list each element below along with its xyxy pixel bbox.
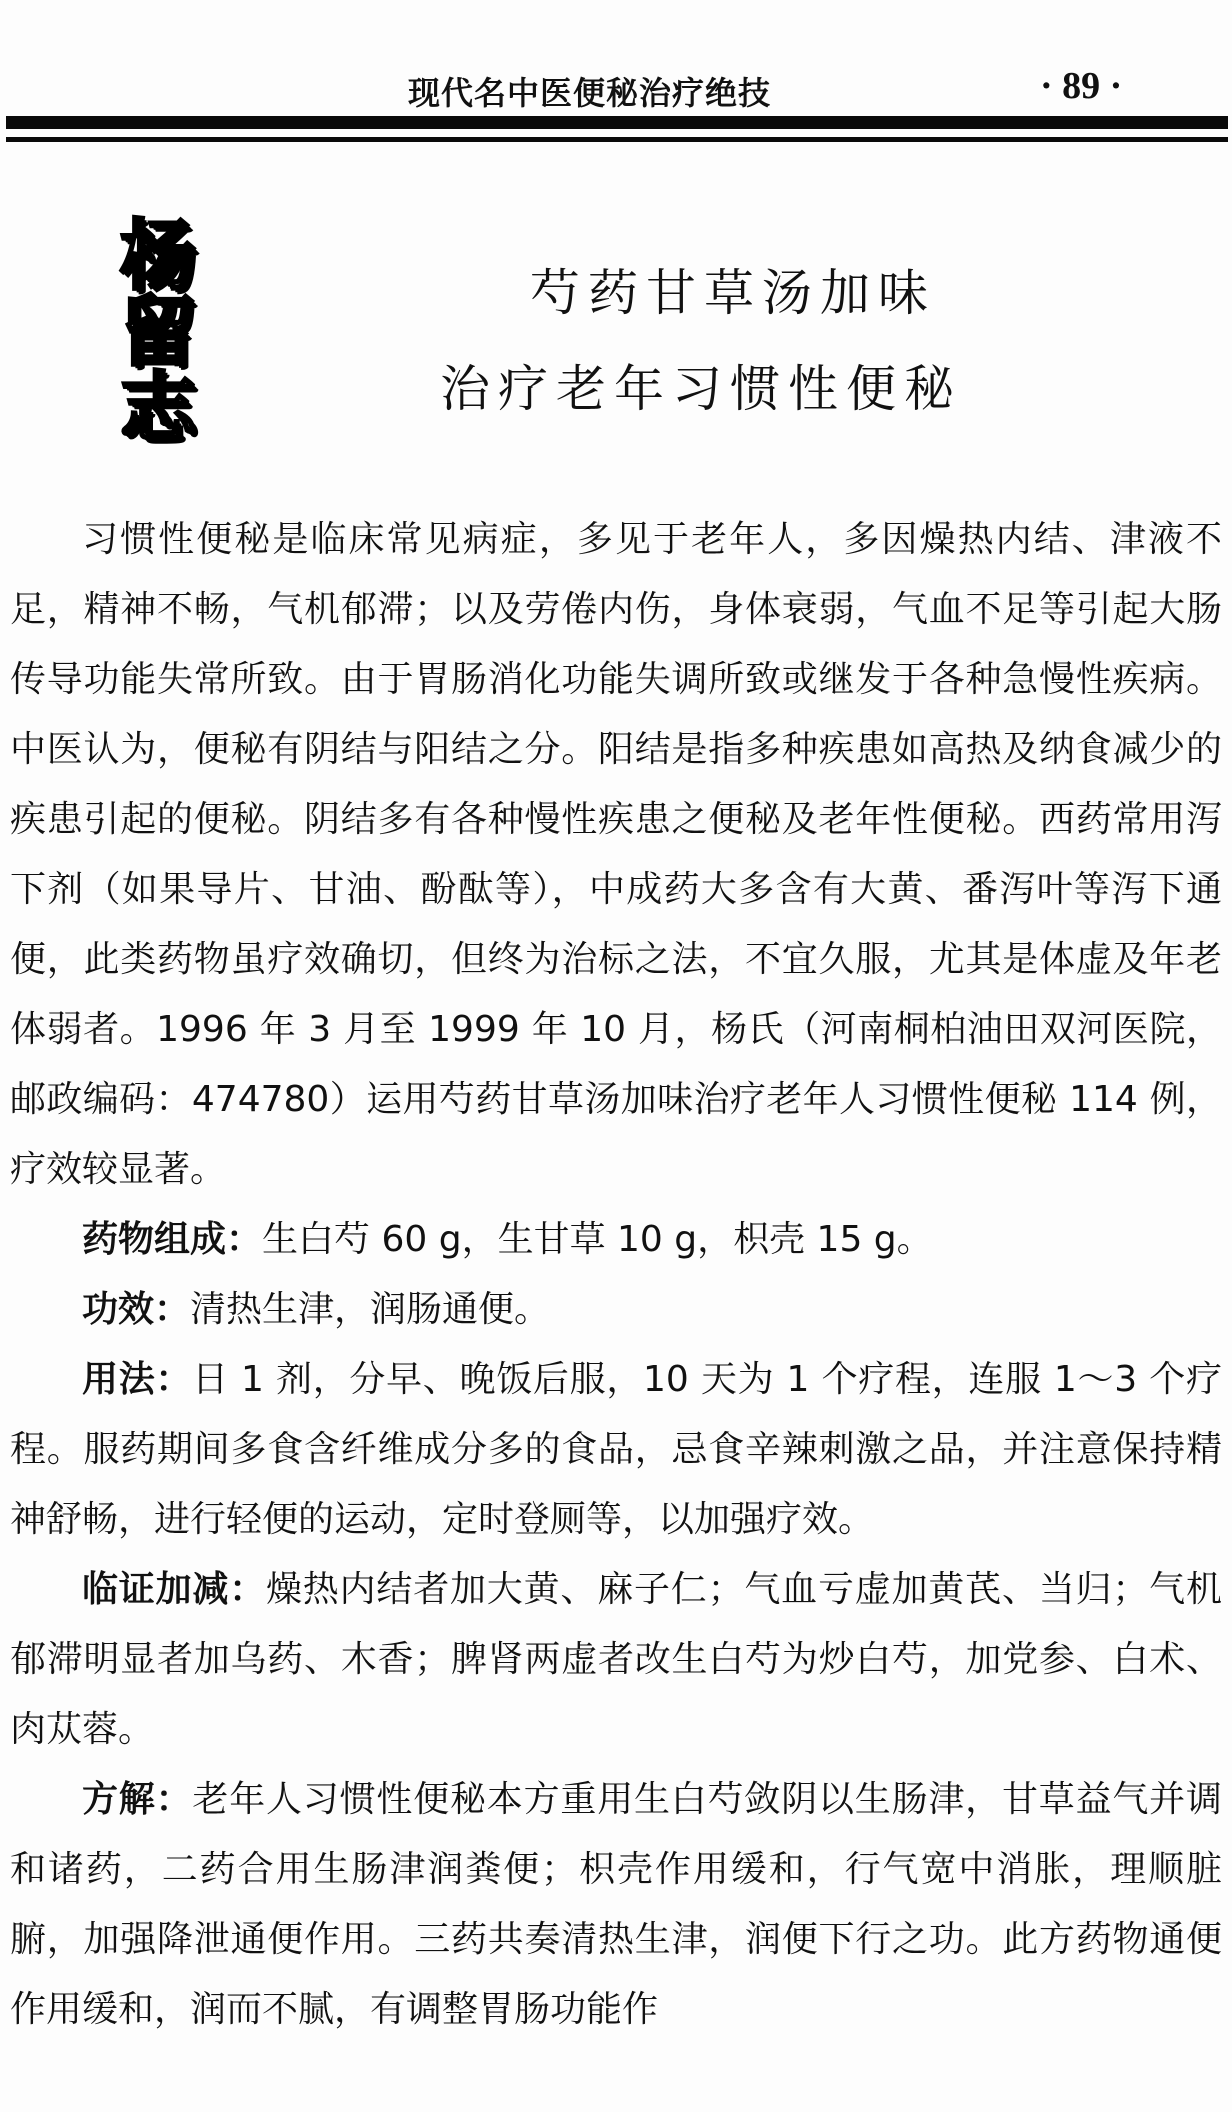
usage-label: 用法： <box>82 1359 192 1400</box>
explanation-paragraph: 方解：老年人习惯性便秘本方重用生白芍敛阴以生肠津，甘草益气并调和诸药，二药合用生… <box>10 1765 1222 2045</box>
explanation-label: 方解： <box>82 1779 192 1820</box>
article-body: 习惯性便秘是临床常见病症，多见于老年人，多因燥热内结、津液不足，精神不畅，气机郁… <box>10 505 1222 2045</box>
modifications-paragraph: 临证加减：燥热内结者加大黄、麻子仁；气血亏虚加黄芪、当归；气机郁滞明显者加乌药、… <box>10 1555 1222 1765</box>
usage-paragraph: 用法：日 1 剂，分早、晚饭后服，10 天为 1 个疗程，连服 1～3 个疗程。… <box>10 1345 1222 1555</box>
article-title: 芍药甘草汤加味 治疗老年习惯性便秘 <box>460 245 1100 437</box>
running-title: 现代名中医便秘治疗绝技 <box>408 68 771 114</box>
composition-text: 生白芍 60 g，生甘草 10 g，枳壳 15 g。 <box>262 1219 933 1260</box>
usage-text: 日 1 剂，分早、晚饭后服，10 天为 1 个疗程，连服 1～3 个疗程。服药期… <box>10 1359 1222 1540</box>
intro-paragraph: 习惯性便秘是临床常见病症，多见于老年人，多因燥热内结、津液不足，精神不畅，气机郁… <box>10 505 1222 1205</box>
modifications-label: 临证加减： <box>82 1569 266 1610</box>
author-char: 杨 <box>120 218 196 294</box>
efficacy-text: 清热生津，润肠通便。 <box>190 1289 550 1330</box>
header-rule-thin <box>6 137 1228 142</box>
author-char: 留 <box>120 294 196 370</box>
article-title-line-2: 治疗老年习惯性便秘 <box>440 341 1100 437</box>
page-number: · 89 · <box>1040 64 1122 108</box>
page-header: 现代名中医便秘治疗绝技 · 89 · <box>0 60 1232 120</box>
header-rule-thick <box>6 116 1228 129</box>
composition-label: 药物组成： <box>82 1219 262 1260</box>
author-char: 志 <box>120 370 196 446</box>
explanation-text: 老年人习惯性便秘本方重用生白芍敛阴以生肠津，甘草益气并调和诸药，二药合用生肠津润… <box>10 1779 1222 2030</box>
article-title-line-1: 芍药甘草汤加味 <box>460 245 1100 341</box>
author-name-badge: 杨 留 志 <box>88 218 228 446</box>
efficacy-paragraph: 功效：清热生津，润肠通便。 <box>10 1275 1222 1345</box>
efficacy-label: 功效： <box>82 1289 190 1330</box>
composition-paragraph: 药物组成：生白芍 60 g，生甘草 10 g，枳壳 15 g。 <box>10 1205 1222 1275</box>
